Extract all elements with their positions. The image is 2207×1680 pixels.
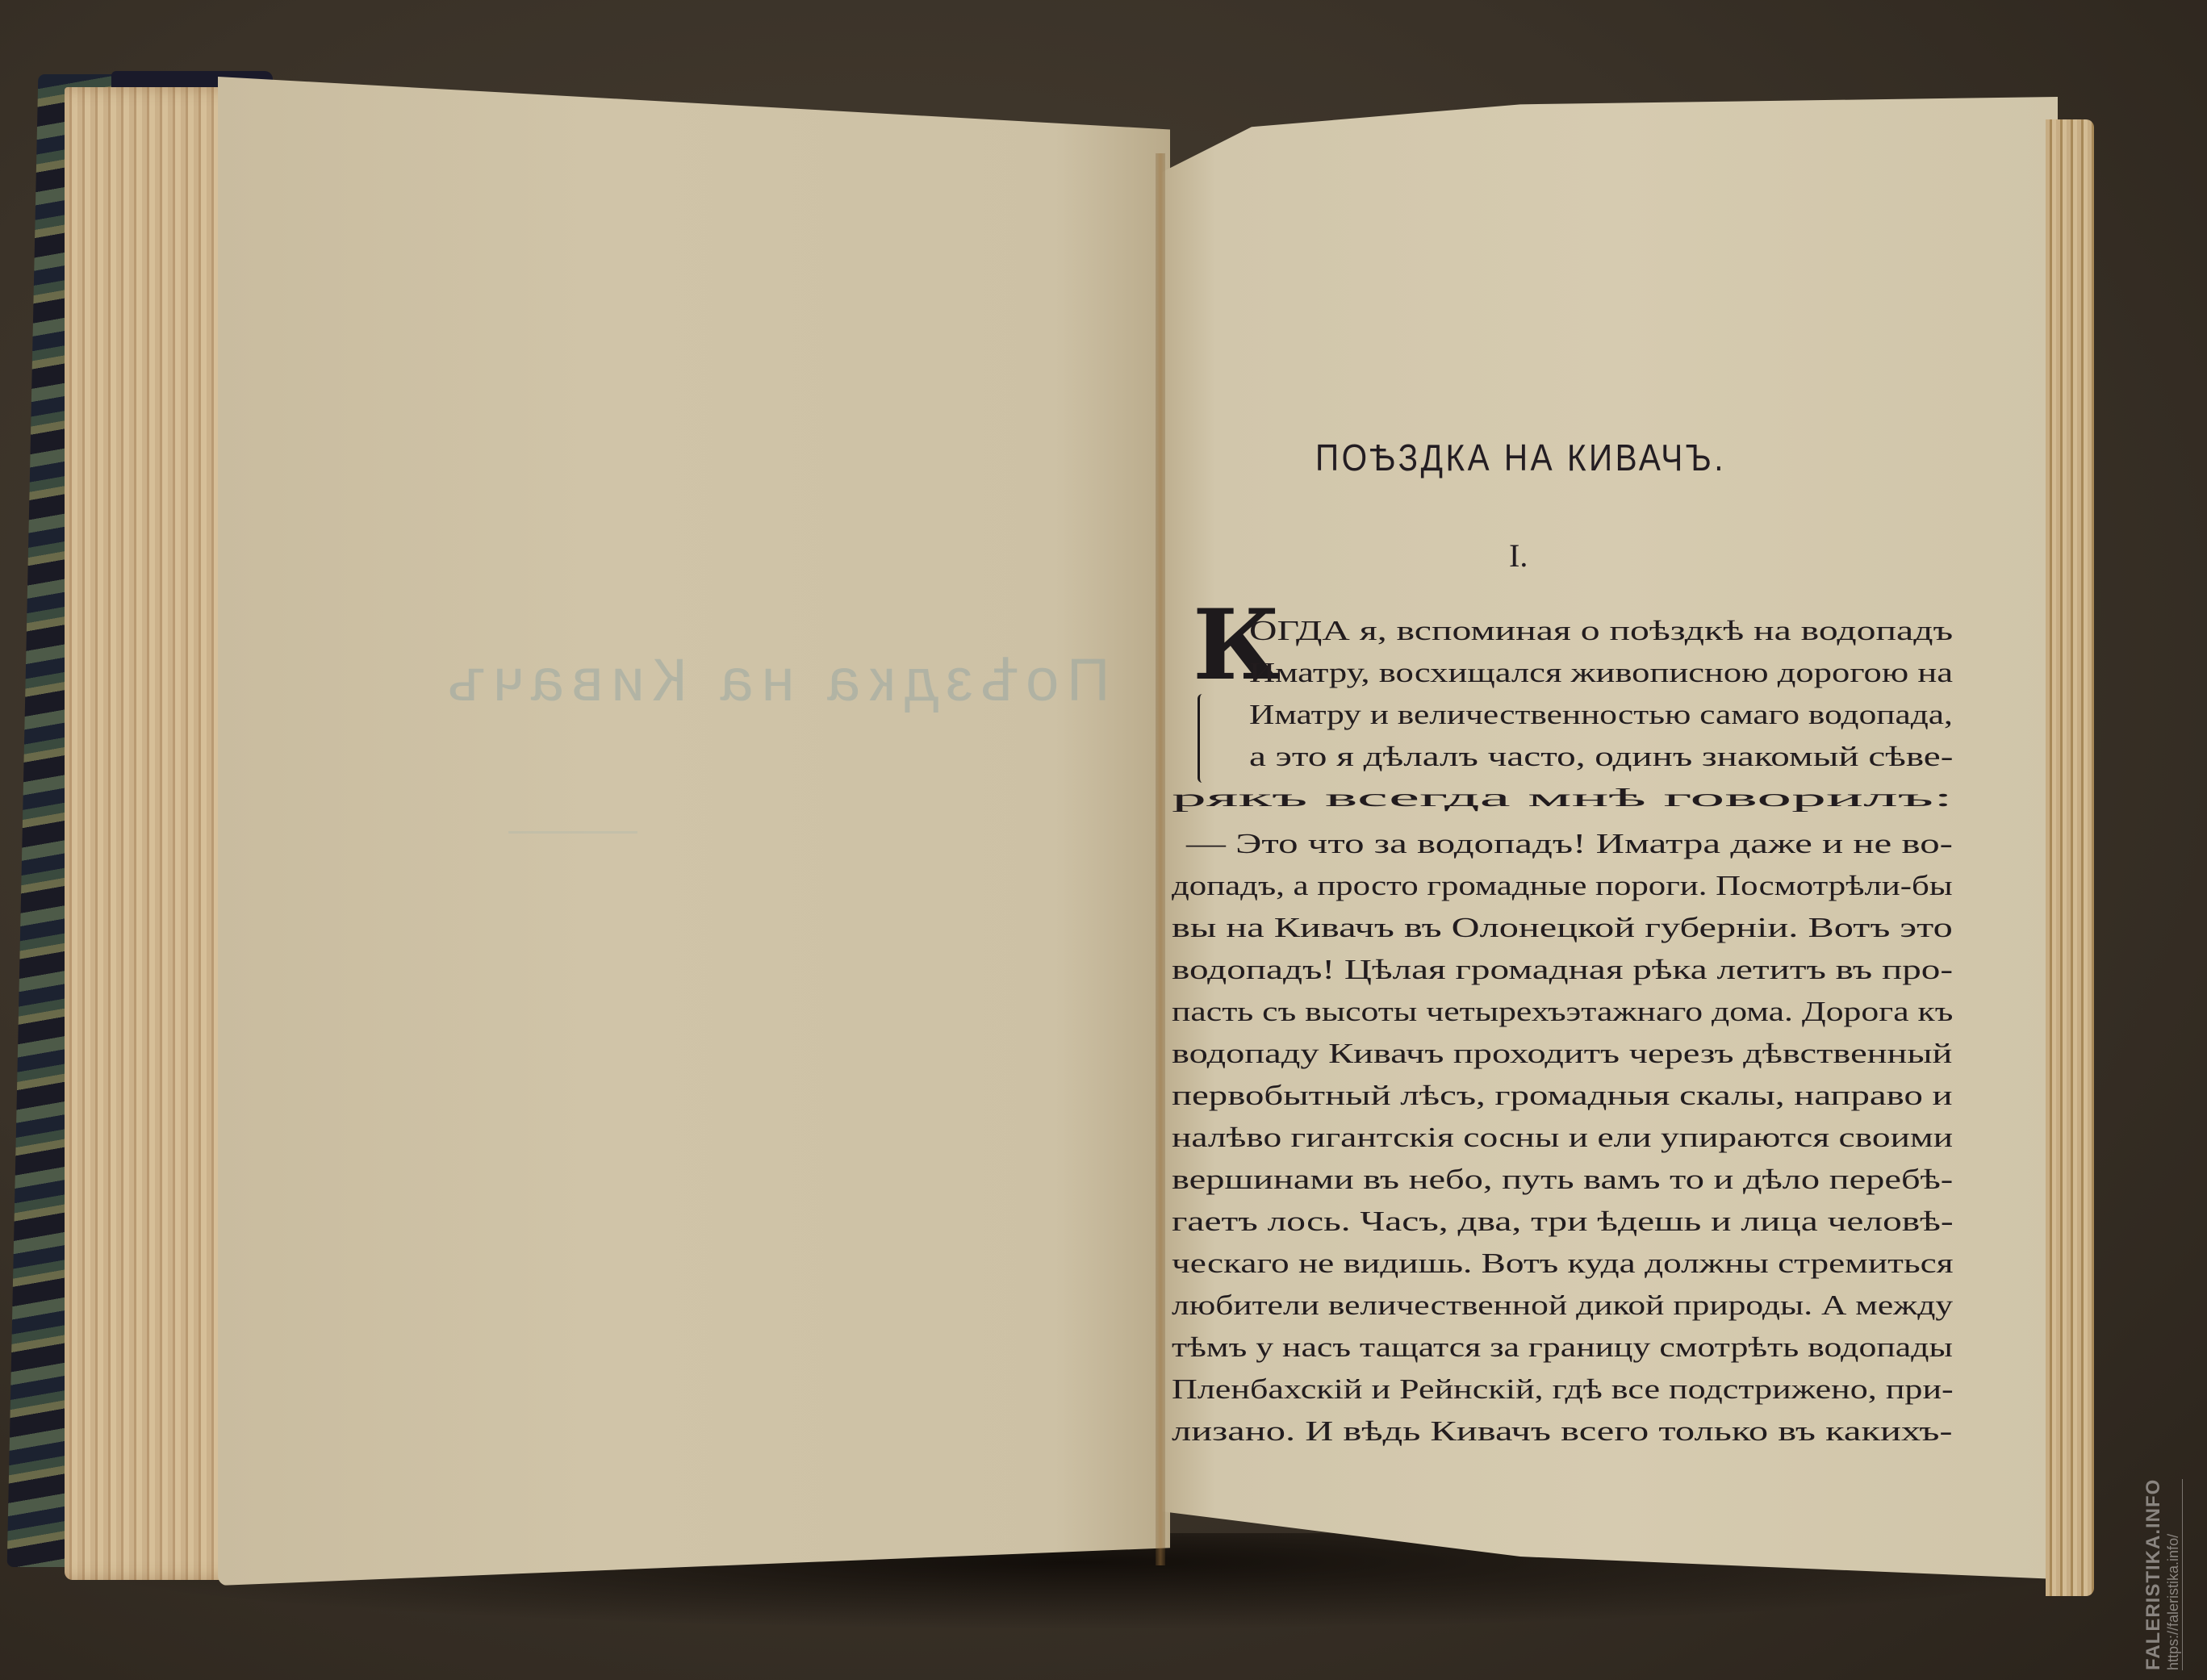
photo-scene: Поѣздка на Кивачъ ПОѢЗДКА НА КИВАЧЪ. I. … bbox=[0, 0, 2207, 1680]
text-line: водопаду Кивачъ проходитъ черезъ дѣвстве… bbox=[1172, 1038, 1952, 1070]
text-line: — Это что за водопадъ! Иматра даже и не … bbox=[1186, 828, 1953, 860]
text-line: пасть съ высоты четырехъэтажнаго дома. Д… bbox=[1172, 996, 1953, 1028]
text-line: налѣво гигантскія сосны и ели упираются … bbox=[1172, 1122, 1953, 1154]
text-line: гаетъ лось. Часъ, два, три ѣдешь и лица … bbox=[1172, 1206, 1954, 1238]
text-line: рякъ всегда мнѣ говорилъ: bbox=[1172, 783, 1953, 813]
text-line: ческаго не видишь. Вотъ куда должны стре… bbox=[1172, 1247, 1954, 1280]
book-gutter bbox=[1156, 153, 1165, 1565]
text-line: ОГДА я, вспоминая о поѣздкѣ на водопадъ bbox=[1249, 615, 1953, 647]
text-line: лизано. И вѣдь Кивачъ всего только въ ка… bbox=[1172, 1415, 1953, 1448]
chapter-title: ПОѢЗДКА НА КИВАЧЪ. bbox=[1315, 436, 1713, 479]
watermark-url: https://faleristika.info/ bbox=[2165, 1479, 2183, 1670]
text-line: водопадъ! Цѣлая громадная рѣка летитъ въ… bbox=[1172, 954, 1953, 986]
page-block-edges-right bbox=[2046, 119, 2094, 1596]
text-line: вершинами въ небо, путь вамъ то и дѣло п… bbox=[1172, 1164, 1953, 1196]
left-page-show-through-rule bbox=[508, 831, 637, 834]
text-line: любители величественной дикой природы. А… bbox=[1172, 1289, 1953, 1322]
drop-cap-flourish-icon bbox=[1198, 694, 1211, 783]
text-line: первобытный лѣсъ, громадныя скалы, напра… bbox=[1172, 1080, 1953, 1112]
left-page-show-through-title: Поѣздка на Кивачъ bbox=[420, 646, 1130, 714]
text-line: вы на Кивачъ въ Олонецкой губерніи. Вотъ… bbox=[1172, 912, 1953, 944]
text-line: тѣмъ у насъ тащатся за границу смотрѣть … bbox=[1172, 1331, 1953, 1364]
chapter-number: I. bbox=[1509, 537, 1528, 575]
text-line: а это я дѣлалъ часто, одинъ знакомый сѣв… bbox=[1249, 741, 1953, 773]
left-page bbox=[218, 77, 1170, 1586]
text-line: Иматру, восхищался живописною дорогою на bbox=[1249, 657, 1953, 689]
watermark-brand: FALERISTIKA.INFO bbox=[2142, 1479, 2165, 1670]
text-line: Иматру и величественностью самаго водопа… bbox=[1249, 699, 1953, 731]
watermark: FALERISTIKA.INFO https://faleristika.inf… bbox=[2142, 1479, 2183, 1670]
text-line: Пленбахскій и Рейнскій, гдѣ все подстриж… bbox=[1172, 1373, 1954, 1406]
text-line: допадъ, а просто громадные пороги. Посмо… bbox=[1172, 870, 1953, 902]
